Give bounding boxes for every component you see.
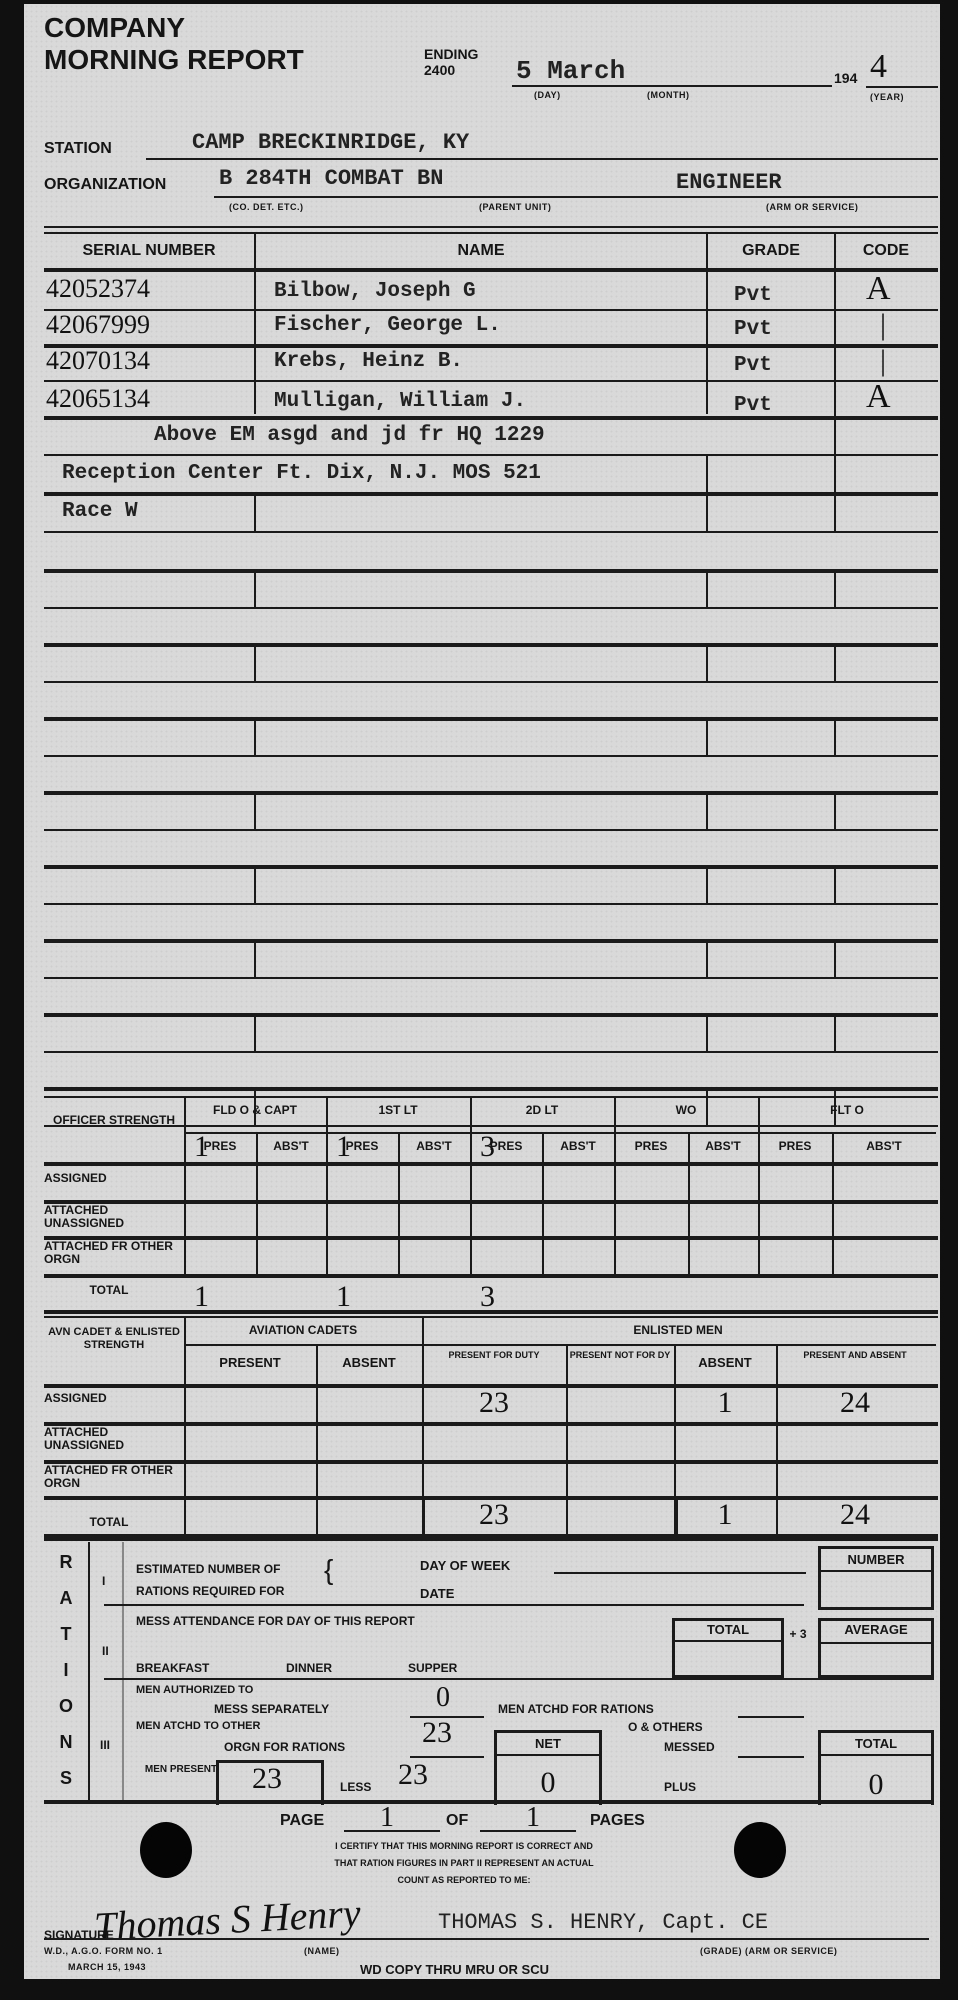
total2-box-divider [818, 1754, 934, 1756]
title-line1: COMPANY [44, 12, 304, 44]
col-divider [834, 941, 836, 979]
enlisted-col-header: ABSENT [316, 1356, 422, 1370]
col-divider [254, 234, 256, 414]
officer-col-divider [688, 1132, 690, 1278]
ending-time: 2400 [424, 62, 478, 78]
col-divider [834, 1015, 836, 1053]
row-line [44, 865, 938, 869]
row-line [44, 380, 938, 382]
year-prefix: 194 [834, 70, 857, 86]
officer-col-divider [470, 1098, 472, 1278]
code-cell: | [880, 344, 886, 378]
officer-row-label: TOTAL [44, 1284, 174, 1297]
col-serial: SERIAL NUMBER [44, 242, 254, 260]
arm-caption: (ARM OR SERVICE) [766, 202, 858, 212]
officer-group-header: 1ST LT [326, 1104, 470, 1117]
col-divider [834, 867, 836, 905]
dinner-label: DINNER [286, 1661, 332, 1675]
row-line [44, 643, 938, 647]
row-line [44, 454, 938, 456]
form-number: W.D., A.G.O. FORM NO. 1 [44, 1946, 163, 1956]
name-cell: Fischer, George L. [274, 314, 501, 337]
col-divider [254, 645, 256, 683]
wd-copy-note: WD COPY THRU MRU OR SCU [360, 1962, 549, 1977]
enlisted-cell: 1 [674, 1386, 776, 1420]
part1-text2: RATIONS REQUIRED FOR [136, 1580, 284, 1602]
ending-text: ENDING [424, 46, 478, 62]
day-of-week-field [554, 1572, 806, 1574]
other-orgn-label1: MEN ATCHD TO OTHER [136, 1720, 260, 1732]
part2-bottom [104, 1678, 934, 1680]
officer-bottom-line2 [44, 1316, 938, 1318]
net-label: NET [494, 1736, 602, 1751]
page-label: PAGE [280, 1812, 324, 1830]
col-divider [706, 456, 708, 531]
rations-letter: R [48, 1552, 84, 1573]
officer-cell: 1 [194, 1130, 209, 1164]
rations-letter: O [48, 1696, 84, 1717]
day-of-week-label: DAY OF WEEK [420, 1558, 510, 1573]
row-line [44, 977, 938, 979]
enlisted-col-header: PRESENT FOR DUTY [422, 1348, 566, 1362]
enlisted-col-divider [316, 1344, 318, 1538]
rations-divider [88, 1542, 90, 1800]
row-line [44, 569, 938, 573]
less-value: 23 [398, 1758, 428, 1792]
certify-line2: THAT RATION FIGURES IN PART II REPRESENT… [224, 1855, 704, 1872]
col-divider [254, 719, 256, 757]
enlisted-bottom-line [44, 1534, 938, 1538]
enlisted-cell: 24 [776, 1386, 934, 1420]
col-divider [834, 719, 836, 757]
of-label: OF [446, 1812, 468, 1830]
rations-letter: I [48, 1660, 84, 1681]
row-line [44, 829, 938, 831]
col-divider [706, 867, 708, 905]
part2-num: II [102, 1644, 109, 1658]
auth-value: 0 [436, 1682, 450, 1714]
name-cell: Bilbow, Joseph G [274, 280, 476, 303]
officer-cell: 1 [194, 1280, 209, 1314]
officer-col-divider [542, 1132, 544, 1278]
auth-label2: MESS SEPARATELY [214, 1702, 329, 1716]
punch-hole-right [734, 1822, 786, 1878]
rations-letter: A [48, 1588, 84, 1609]
officer-sub-header: ABS'T [398, 1140, 470, 1153]
number-box-divider [818, 1570, 934, 1572]
organization-value: B 284TH COMBAT BN [219, 166, 443, 191]
code-cell: A [866, 378, 891, 416]
officer-row-label: ATTACHED UNASSIGNED [44, 1204, 174, 1230]
pages-label: PAGES [590, 1812, 645, 1830]
year-line [866, 86, 938, 88]
rations-letter: N [48, 1732, 84, 1753]
name-cell: Mulligan, William J. [274, 390, 526, 413]
row-line [44, 791, 938, 795]
enlisted-row-label: ATTACHED UNASSIGNED [44, 1426, 174, 1452]
officer-col-divider [832, 1132, 834, 1278]
col-divider [834, 645, 836, 683]
row-line [44, 607, 938, 609]
year-caption: (YEAR) [870, 92, 904, 102]
serial-cell: 42070134 [46, 346, 150, 376]
serial-cell: 42065134 [46, 384, 150, 414]
signature: Thomas S Henry [93, 1889, 362, 1950]
serial-cell: 42052374 [46, 274, 150, 304]
net-value: 0 [494, 1766, 602, 1800]
grade-cell: Pvt [734, 318, 772, 341]
total2-label: TOTAL [818, 1736, 934, 1751]
enlisted-cell: 24 [776, 1498, 934, 1532]
row-line [44, 492, 938, 496]
name-cell: Krebs, Heinz B. [274, 350, 463, 373]
col-code: CODE [836, 242, 936, 260]
year-value: 4 [870, 48, 887, 86]
others-label1: O & OTHERS [628, 1720, 703, 1734]
punch-hole-left [140, 1822, 192, 1878]
men-present-value: 23 [252, 1762, 282, 1796]
officer-sub-header: PRES [758, 1140, 832, 1153]
certify-line1: I CERTIFY THAT THIS MORNING REPORT IS CO… [224, 1838, 704, 1855]
officer-cell: 1 [336, 1280, 351, 1314]
parent-caption: (PARENT UNIT) [479, 202, 551, 212]
station-line [146, 158, 938, 160]
page-field [344, 1830, 440, 1832]
serial-cell: 42067999 [46, 310, 150, 340]
col-divider [834, 234, 836, 532]
col-divider [254, 494, 256, 531]
row-line [44, 1051, 938, 1053]
grade-cell: Pvt [734, 394, 772, 417]
org-caption: (CO. DET. ETC.) [229, 202, 304, 212]
col-name: NAME [256, 242, 706, 260]
total-label: TOTAL [672, 1622, 784, 1637]
mess-attendance-label: MESS ATTENDANCE FOR DAY OF THIS REPORT [136, 1614, 415, 1628]
atchd-rations-label: MEN ATCHD FOR RATIONS [498, 1702, 654, 1716]
row-line [44, 939, 938, 943]
grade-caption: (GRADE) (ARM OR SERVICE) [700, 1946, 837, 1956]
certify-line3: COUNT AS REPORTED TO ME: [224, 1872, 704, 1889]
officer-cell: 3 [480, 1280, 495, 1314]
officer-group-header: FLD O & CAPT [184, 1104, 326, 1117]
enlisted-col-header: PRESENT AND ABSENT [776, 1348, 934, 1362]
remark-line2: Reception Center Ft. Dix, N.J. MOS 521 [62, 462, 541, 485]
row-line [44, 1125, 938, 1127]
title-line2: MORNING REPORT [44, 44, 304, 76]
remark-line1: Above EM asgd and jd fr HQ 1229 [154, 424, 545, 447]
arm-value: ENGINEER [676, 170, 782, 195]
morning-report-form: COMPANY MORNING REPORT ENDING 2400 5 Mar… [24, 4, 940, 1979]
part3-num: III [100, 1738, 110, 1752]
code-cell: | [880, 308, 886, 342]
org-line [214, 196, 938, 198]
officer-sub-line [184, 1132, 936, 1134]
officer-row-line [44, 1236, 938, 1240]
supper-label: SUPPER [408, 1661, 457, 1675]
roster-header-line [44, 268, 938, 272]
officer-col-divider [398, 1132, 400, 1278]
date-line [512, 85, 832, 87]
officer-row-line [44, 1200, 938, 1204]
roster-top-line2 [44, 232, 938, 234]
typed-name: THOMAS S. HENRY, Capt. CE [438, 1910, 768, 1935]
officer-group-header: 2D LT [470, 1104, 614, 1117]
officer-col-divider [758, 1098, 760, 1278]
officer-col-divider [184, 1098, 186, 1278]
enlisted-col-header: PRESENT NOT FOR DY [566, 1348, 674, 1362]
average-label: AVERAGE [818, 1622, 934, 1637]
col-divider [254, 571, 256, 609]
enlisted-strength-title: AVN CADET & ENLISTED STRENGTH [44, 1326, 184, 1352]
enlisted-cell: 1 [674, 1498, 776, 1532]
row-line [44, 416, 938, 420]
col-grade: GRADE [708, 242, 834, 260]
officer-cell: 1 [336, 1130, 351, 1164]
net-box-divider [494, 1754, 602, 1756]
date-label: DATE [420, 1586, 454, 1601]
officer-cell: 3 [480, 1130, 495, 1164]
enlisted-group-header: ENLISTED MEN [422, 1324, 934, 1337]
col-divider [834, 793, 836, 831]
month-caption: (MONTH) [647, 90, 690, 100]
other-orgn-value: 23 [422, 1716, 452, 1750]
enlisted-row-label: ASSIGNED [44, 1392, 174, 1405]
divide-by-3: + 3 [788, 1626, 808, 1642]
row-line [44, 344, 938, 348]
row-line [44, 309, 938, 311]
auth-label1: MEN AUTHORIZED TO [136, 1684, 253, 1696]
enlisted-col-divider [184, 1318, 186, 1538]
col-divider [254, 941, 256, 979]
average-box-divider [818, 1642, 934, 1644]
col-divider [706, 571, 708, 609]
enlisted-row-label: TOTAL [44, 1516, 174, 1529]
enlisted-row-line [44, 1422, 938, 1426]
enlisted-sub-line [184, 1344, 936, 1346]
officer-sub-header: ABS'T [542, 1140, 614, 1153]
row-line [44, 681, 938, 683]
officer-top-line2 [44, 1096, 938, 1098]
enlisted-cell: 23 [422, 1386, 566, 1420]
signature-line [44, 1938, 929, 1940]
officer-col-divider [326, 1098, 328, 1278]
part1-num: I [102, 1574, 105, 1588]
officer-sub-header: PRES [614, 1140, 688, 1153]
part1-text: ESTIMATED NUMBER OF RATIONS REQUIRED FOR [136, 1558, 284, 1602]
row-line [44, 717, 938, 721]
row-line [44, 755, 938, 757]
day-caption: (DAY) [534, 90, 561, 100]
officer-col-divider [614, 1098, 616, 1278]
other-orgn-label2: ORGN FOR RATIONS [224, 1740, 345, 1754]
certification-text: I CERTIFY THAT THIS MORNING REPORT IS CO… [224, 1838, 704, 1889]
station-value: CAMP BRECKINRIDGE, KY [192, 130, 469, 155]
col-divider [706, 941, 708, 979]
col-divider [254, 867, 256, 905]
total-box-divider [672, 1640, 784, 1642]
officer-sub-header: ABS'T [832, 1140, 936, 1153]
code-cell: A [866, 270, 891, 308]
officer-row-label: ATTACHED FR OTHER ORGN [44, 1240, 174, 1266]
grade-cell: Pvt [734, 354, 772, 377]
name-caption: (NAME) [304, 1946, 340, 1956]
station-label: STATION [44, 140, 112, 158]
col-divider [706, 234, 708, 414]
col-divider [706, 719, 708, 757]
form-date: MARCH 15, 1943 [68, 1962, 146, 1972]
pages-field [480, 1830, 576, 1832]
row-line [44, 1087, 938, 1091]
plus-label: PLUS [664, 1780, 696, 1794]
enlisted-row-line [44, 1460, 938, 1464]
others-field [738, 1756, 804, 1758]
form-title: COMPANY MORNING REPORT [44, 12, 304, 76]
col-divider [706, 793, 708, 831]
number-label: NUMBER [818, 1552, 934, 1567]
brace: { [324, 1554, 333, 1586]
rations-bottom-line [44, 1800, 934, 1804]
day-value: 5 March [516, 56, 625, 86]
enlisted-col-header: PRESENT [184, 1356, 316, 1370]
officer-sub-header: ABS'T [688, 1140, 758, 1153]
men-present-label: MEN PRESENT [136, 1764, 226, 1776]
part1-text1: ESTIMATED NUMBER OF [136, 1558, 284, 1580]
row-line [44, 903, 938, 905]
officer-sub-header: ABS'T [256, 1140, 326, 1153]
enlisted-total-box [422, 1496, 678, 1538]
organization-label: ORGANIZATION [44, 176, 166, 194]
rations-letter: T [48, 1624, 84, 1645]
officer-group-header: FLT O [758, 1104, 936, 1117]
officer-col-divider [256, 1132, 258, 1278]
roster-top-line [44, 226, 938, 228]
part1-bottom [104, 1604, 804, 1606]
col-divider [254, 1015, 256, 1053]
ending-label: ENDING 2400 [424, 46, 478, 78]
row-line [44, 531, 938, 533]
total-value: 0 [818, 1768, 934, 1802]
col-divider [706, 645, 708, 683]
col-divider [254, 793, 256, 831]
atchd-rations-field [738, 1716, 804, 1718]
others-label2: MESSED [664, 1740, 715, 1754]
cadets-group-header: AVIATION CADETS [184, 1324, 422, 1337]
less-label: LESS [340, 1780, 371, 1794]
officer-bottom-line [44, 1310, 938, 1314]
col-divider [834, 571, 836, 609]
enlisted-col-header: ABSENT [674, 1356, 776, 1370]
rations-letter: S [48, 1768, 84, 1789]
officer-group-header: WO [614, 1104, 758, 1117]
rations-divider2 [122, 1542, 124, 1800]
breakfast-label: BREAKFAST [136, 1661, 209, 1675]
col-divider [706, 1015, 708, 1053]
officer-row-line [44, 1274, 938, 1278]
remark-line3: Race W [62, 500, 138, 523]
officer-row-label: ASSIGNED [44, 1172, 174, 1185]
enlisted-row-label: ATTACHED FR OTHER ORGN [44, 1464, 174, 1490]
row-line [44, 1013, 938, 1017]
grade-cell: Pvt [734, 284, 772, 307]
